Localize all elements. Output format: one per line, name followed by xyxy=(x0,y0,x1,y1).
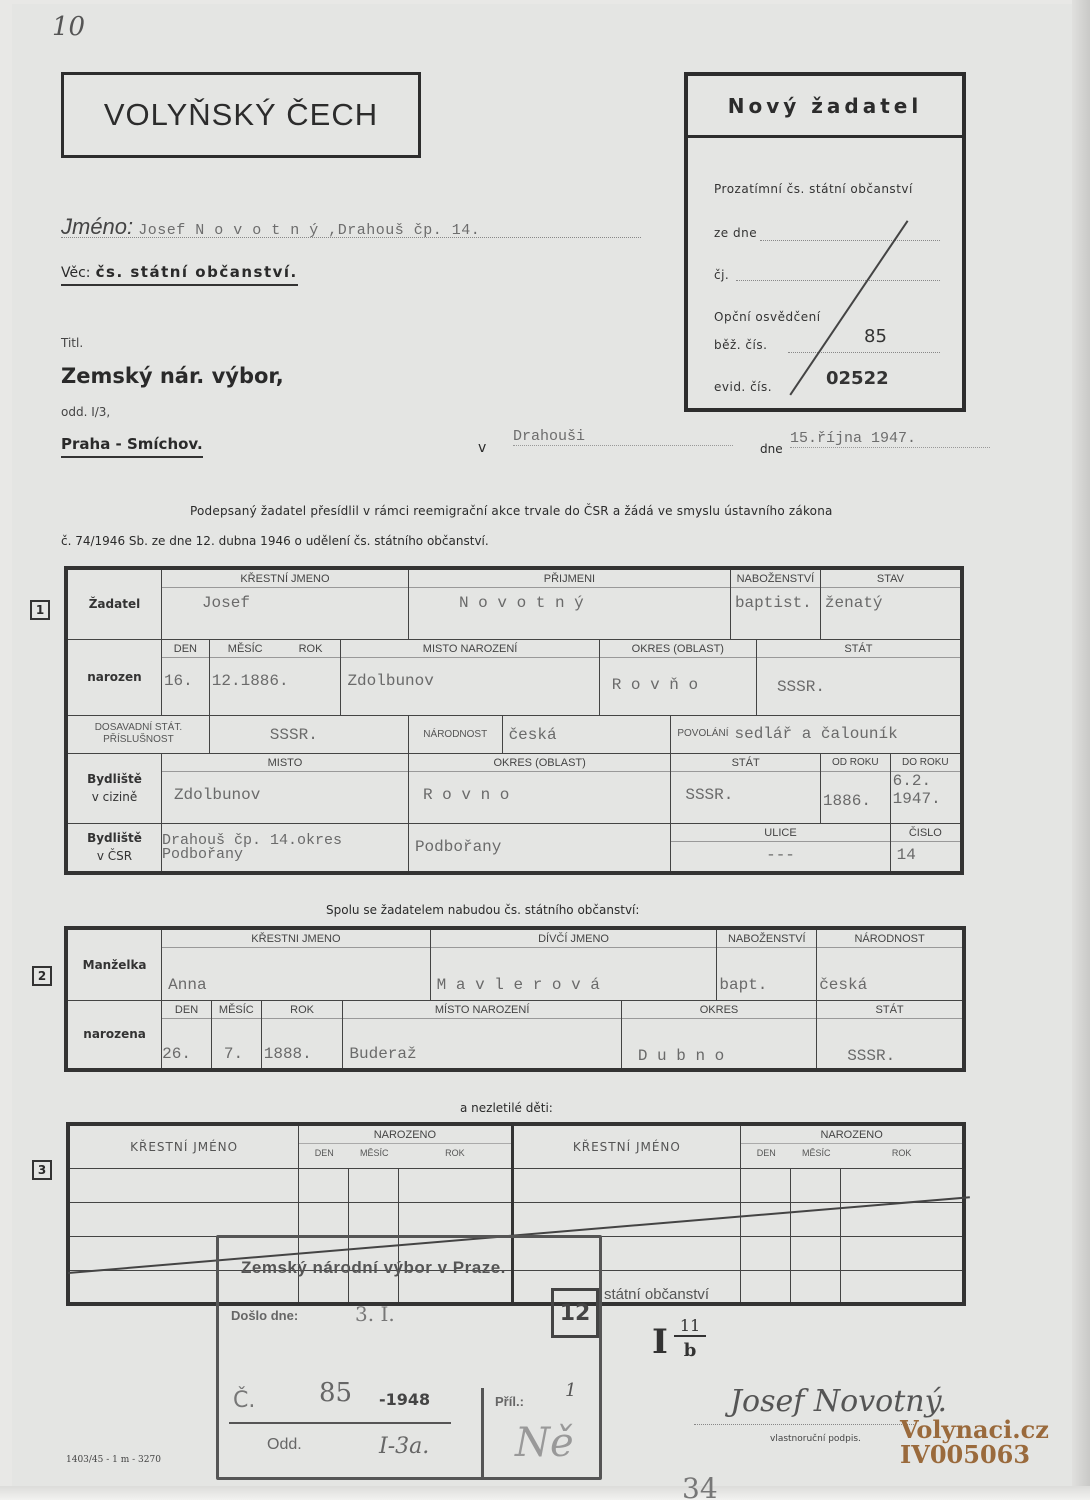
religion-value: baptist. xyxy=(731,588,820,612)
name-value: Josef N o v o t n ý ,Drahouš čp. 14. xyxy=(138,222,480,239)
birth-district-value: R o v ň o xyxy=(600,658,756,694)
stamp-number-label: Č. xyxy=(233,1388,255,1413)
born-header: NAROZENO xyxy=(741,1126,962,1144)
csr-street-value: --- xyxy=(671,842,889,864)
stamp-received-value: 3. I. xyxy=(355,1302,395,1326)
wife-birthplace-cell: MÍSTO NAROZENÍ Buderaž xyxy=(343,1000,621,1070)
running-number-field xyxy=(788,352,940,353)
stamp-vertical-divider xyxy=(481,1388,484,1478)
stamp-received-label: Došlo dne: xyxy=(231,1308,298,1323)
intro-text-line2: č. 74/1946 Sb. ze dne 12. dubna 1946 o u… xyxy=(61,534,489,548)
reference-label: čj. xyxy=(714,268,729,282)
stamp-dept-label: Odd. xyxy=(267,1436,302,1454)
file-mark-roman: I xyxy=(652,1322,668,1362)
wife-born-label: narozena xyxy=(66,1000,162,1070)
district-header: OKRES xyxy=(622,1001,816,1019)
district-header: OKRES (OBLAST) xyxy=(409,754,670,772)
new-applicant-title: Nový žadatel xyxy=(688,76,962,138)
status-header: STAV xyxy=(821,570,960,588)
citizenship-text: státní občanství xyxy=(604,1286,709,1303)
abroad-district-value: R o v n o xyxy=(409,772,670,804)
wife-birth-year-cell: ROK 1888. xyxy=(261,1000,343,1070)
month-header: MĚSÍC xyxy=(212,1001,261,1019)
name-line: Jméno: Josef N o v o t n ý ,Drahouš čp. … xyxy=(61,214,641,238)
street-header: ULICE xyxy=(671,824,889,842)
wife-nationality-cell: NÁRODNOST česká xyxy=(817,928,964,1000)
child-born-header-right: NAROZENO DEN MĚSÍC ROK xyxy=(741,1124,964,1168)
csr-place-cell: Drahouš čp. 14.okresPodbořany xyxy=(161,823,408,873)
intro-text-line1: Podepsaný žadatel přesídlil v rámci reem… xyxy=(190,504,833,518)
state-header: STÁT xyxy=(817,1001,962,1019)
district-header: OKRES (OBLAST) xyxy=(600,640,756,658)
reference-field xyxy=(736,280,940,281)
number-header: ČISLO xyxy=(891,824,960,842)
to-year-header: DO ROKU xyxy=(891,754,960,772)
birth-state-value: SSSR. xyxy=(757,658,960,696)
addressee-title: Titl. xyxy=(61,336,83,350)
wife-first-name-cell: KŘESTNI JMENO Anna xyxy=(162,928,431,1000)
section-2-intro: Spolu se žadatelem nabudou čs. státního … xyxy=(326,903,639,917)
wife-nationality-value: česká xyxy=(817,948,962,994)
religion-header: NABOŽENSTVÍ xyxy=(731,570,820,588)
section-3-marker: 3 xyxy=(32,1160,52,1180)
wife-birthplace-value: Buderaž xyxy=(343,1019,620,1063)
month-year-header: MĚSÍCROK xyxy=(210,640,341,658)
wife-state-cell: STÁT SSSR. xyxy=(817,1000,964,1070)
residence-csr-label: Bydlištěv ČSR xyxy=(66,823,161,873)
date-from-field xyxy=(760,240,940,241)
born-subheaders: DEN MĚSÍC ROK xyxy=(299,1144,510,1158)
wife-table: Manželka KŘESTNI JMENO Anna DÍVČÍ JMENO … xyxy=(64,926,966,1072)
maiden-name-value: M a v l e r o v á xyxy=(431,948,717,994)
csr-district-value: Podbořany xyxy=(409,824,670,856)
bottom-number: 34 xyxy=(682,1472,718,1500)
signature-line xyxy=(694,1424,914,1425)
handwritten-signature: Josef Novotný. xyxy=(730,1384,947,1419)
nationality-header: NÁRODNOST xyxy=(817,930,962,948)
state-header: STÁT xyxy=(671,754,820,772)
first-name-cell: KŘESTNÍ JMENO Josef xyxy=(161,568,408,639)
page-bottom-edge xyxy=(0,1486,1090,1500)
addressee-office: Zemský nár. výbor, xyxy=(61,364,284,388)
stamp-year: -1948 xyxy=(379,1390,430,1409)
first-name-header: KŘESTNI JMENO xyxy=(162,930,430,948)
year-header: ROK xyxy=(262,1001,343,1019)
wife-birth-day-value: 26. xyxy=(162,1019,211,1063)
csr-street-cell: ULICE --- xyxy=(671,823,890,873)
addressee-department: odd. I/3, xyxy=(61,405,110,419)
birth-month-year-cell: MĚSÍCROK 12.1886. xyxy=(209,639,341,715)
surname-value: N o v o t n ý xyxy=(409,588,730,612)
child-born-header-left: NAROZENO DEN MĚSÍC ROK xyxy=(299,1124,512,1168)
place-label: v xyxy=(478,440,486,456)
birthplace-header: MÍSTO NAROZENÍ xyxy=(343,1001,620,1019)
prev-citizenship-cell: SSSR. xyxy=(209,715,408,753)
csr-number-value: 14 xyxy=(891,842,960,864)
birth-month-year-value: 12.1886. xyxy=(210,658,341,690)
page-number: 10 xyxy=(52,12,85,42)
birth-state-cell: STÁT SSSR. xyxy=(756,639,962,715)
watermark-site: Volynaci.cz xyxy=(900,1418,1049,1442)
name-label: Jméno: xyxy=(61,214,133,239)
wife-birth-month-cell: MĚSÍC 7. xyxy=(211,1000,261,1070)
maiden-name-header: DÍVČÍ JMENO xyxy=(431,930,717,948)
to-year-cell: DO ROKU 6.2.1947. xyxy=(890,753,962,823)
prev-citizenship-header: DOSAVADNÍ STÁT. PŘÍSLUŠNOST xyxy=(68,722,209,746)
to-year-value: 6.2.1947. xyxy=(891,772,960,808)
wife-birth-day-cell: DEN 26. xyxy=(162,1000,212,1070)
born-label: narozen xyxy=(66,639,161,715)
child-name-header-left: KŘESTNÍ JMÉNO xyxy=(68,1124,299,1168)
box-number-12: 12 xyxy=(551,1288,599,1338)
first-name-header: KŘESTNÍ JMÉNO xyxy=(70,1140,298,1154)
addressee-city-wrap: Praha - Smíchov. xyxy=(61,434,203,458)
occupation-value: sedlář a čalouník xyxy=(734,725,897,743)
wife-label: Manželka xyxy=(66,928,162,1000)
religion-header: NABOŽENSTVÍ xyxy=(717,930,816,948)
csr-number-cell: ČISLO 14 xyxy=(890,823,962,873)
date-value: 15.října 1947. xyxy=(790,430,990,448)
subject-label: Věc: xyxy=(61,265,91,281)
day-header: DEN xyxy=(162,1001,211,1019)
state-header: STÁT xyxy=(757,640,960,658)
first-name-header: KŘESTNÍ JMENO xyxy=(162,570,408,588)
option-certificate-label: Opční osvědčení xyxy=(714,310,821,324)
stamp-divider xyxy=(229,1422,451,1424)
running-number-value: 85 xyxy=(864,326,887,347)
residence-abroad-label: Bydlištěv cizině xyxy=(66,753,161,823)
addressee-city: Praha - Smíchov. xyxy=(61,435,203,458)
place-value: Drahouši xyxy=(513,428,733,446)
csr-district-cell: Podbořany xyxy=(408,823,670,873)
document-title: VOLYŇSKÝ ČECH xyxy=(61,72,421,158)
stamp-number-value: 85 xyxy=(319,1378,352,1408)
birth-district-cell: OKRES (OBLAST) R o v ň o xyxy=(599,639,756,715)
subject-value: čs. státní občanství. xyxy=(96,263,298,281)
maiden-name-cell: DÍVČÍ JMENO M a v l e r o v á xyxy=(430,928,717,1000)
page-edge-shadow xyxy=(1072,0,1090,1500)
surname-header: PŘIJMENI xyxy=(409,570,730,588)
file-mark-denominator: b xyxy=(674,1340,706,1361)
signature-label: vlastnoruční podpis. xyxy=(770,1434,861,1444)
day-header: DEN xyxy=(162,640,209,658)
stamp-initials: Ně xyxy=(515,1420,574,1466)
place-header: MISTO xyxy=(162,754,408,772)
abroad-state-cell: STÁT SSSR. xyxy=(671,753,821,823)
first-name-value: Josef xyxy=(162,588,408,612)
section-2-marker: 2 xyxy=(32,966,52,986)
prev-citizenship-label: DOSAVADNÍ STÁT. PŘÍSLUŠNOST xyxy=(66,715,209,753)
section-3-intro: a nezletilé děti: xyxy=(460,1101,553,1115)
from-year-value: 1886. xyxy=(821,772,890,810)
applicant-table: Žadatel KŘESTNÍ JMENO Josef PŘIJMENI N o… xyxy=(64,566,964,875)
child-name-header-right: KŘESTNÍ JMÉNO xyxy=(512,1124,741,1168)
born-header: NAROZENO xyxy=(299,1126,510,1144)
stamp-attachments-value: 1 xyxy=(565,1380,576,1401)
evid-number-label: evid. čís. xyxy=(714,380,772,394)
applicant-label: Žadatel xyxy=(66,568,161,639)
born-subheaders: DEN MĚSÍC ROK xyxy=(741,1144,962,1158)
wife-state-value: SSSR. xyxy=(817,1019,962,1065)
religion-cell: NABOŽENSTVÍ baptist. xyxy=(730,568,820,639)
file-mark-numerator: 11 xyxy=(674,1316,706,1337)
abroad-district-cell: OKRES (OBLAST) R o v n o xyxy=(408,753,670,823)
new-applicant-box: Nový žadatel Prozatímní čs. státní občan… xyxy=(684,72,966,412)
stamp-office: Zemský národní výbor v Praze. xyxy=(241,1258,506,1278)
birthplace-header: MISTO NAROZENÍ xyxy=(341,640,598,658)
from-year-cell: OD ROKU 1886. xyxy=(820,753,890,823)
date-from-label: ze dne xyxy=(714,226,757,240)
wife-birth-month-value: 7. xyxy=(212,1019,261,1063)
section-1-marker: 1 xyxy=(30,600,50,620)
birth-day-cell: DEN 16. xyxy=(161,639,209,715)
subject-line: Věc: čs. státní občanství. xyxy=(61,262,298,286)
form-code: 1403/45 - 1 m - 3270 xyxy=(66,1455,161,1465)
occupation-cell: POVOLÁNÍ sedlář a čalouník xyxy=(671,715,962,753)
nationality-cell: česká xyxy=(502,715,671,753)
wife-district-value: D u b n o xyxy=(622,1019,816,1065)
csr-place-value: Drahouš čp. 14.okresPodbořany xyxy=(162,824,408,862)
running-number-label: běž. čís. xyxy=(714,338,767,352)
wife-religion-cell: NABOŽENSTVÍ bapt. xyxy=(717,928,817,1000)
wife-first-name-value: Anna xyxy=(162,948,430,994)
occupation-header: POVOLÁNÍ xyxy=(671,728,734,739)
stamp-dept-value: I-3a. xyxy=(379,1434,429,1459)
date-label: dne xyxy=(760,442,783,456)
abroad-state-value: SSSR. xyxy=(671,772,820,804)
status-cell: STAV ženatý xyxy=(820,568,962,639)
evid-number-value: 02522 xyxy=(826,368,889,389)
birthplace-cell: MISTO NAROZENÍ Zdolbunov xyxy=(341,639,599,715)
prev-citizenship-value: SSSR. xyxy=(210,716,408,744)
birthplace-value: Zdolbunov xyxy=(341,658,598,690)
birth-day-value: 16. xyxy=(162,658,209,690)
nationality-header: NÁRODNOST xyxy=(409,729,502,740)
provisional-citizenship-label: Prozatímní čs. státní občanství xyxy=(714,182,913,196)
received-stamp: Zemský národní výbor v Praze. Došlo dne:… xyxy=(216,1235,602,1480)
nationality-value: česká xyxy=(503,716,671,744)
abroad-place-cell: MISTO Zdolbunov xyxy=(161,753,408,823)
surname-cell: PŘIJMENI N o v o t n ý xyxy=(408,568,730,639)
wife-district-cell: OKRES D u b n o xyxy=(621,1000,816,1070)
status-value: ženatý xyxy=(821,588,960,612)
first-name-header: KŘESTNÍ JMÉNO xyxy=(514,1140,741,1154)
stamp-attachments-label: Příl.: xyxy=(495,1394,524,1409)
abroad-place-value: Zdolbunov xyxy=(162,772,408,804)
from-year-header: OD ROKU xyxy=(821,754,890,772)
wife-birth-year-value: 1888. xyxy=(262,1019,343,1063)
nationality-label-cell: NÁRODNOST xyxy=(408,715,502,753)
wife-religion-value: bapt. xyxy=(717,948,816,994)
watermark-id: IV005063 xyxy=(900,1443,1030,1467)
